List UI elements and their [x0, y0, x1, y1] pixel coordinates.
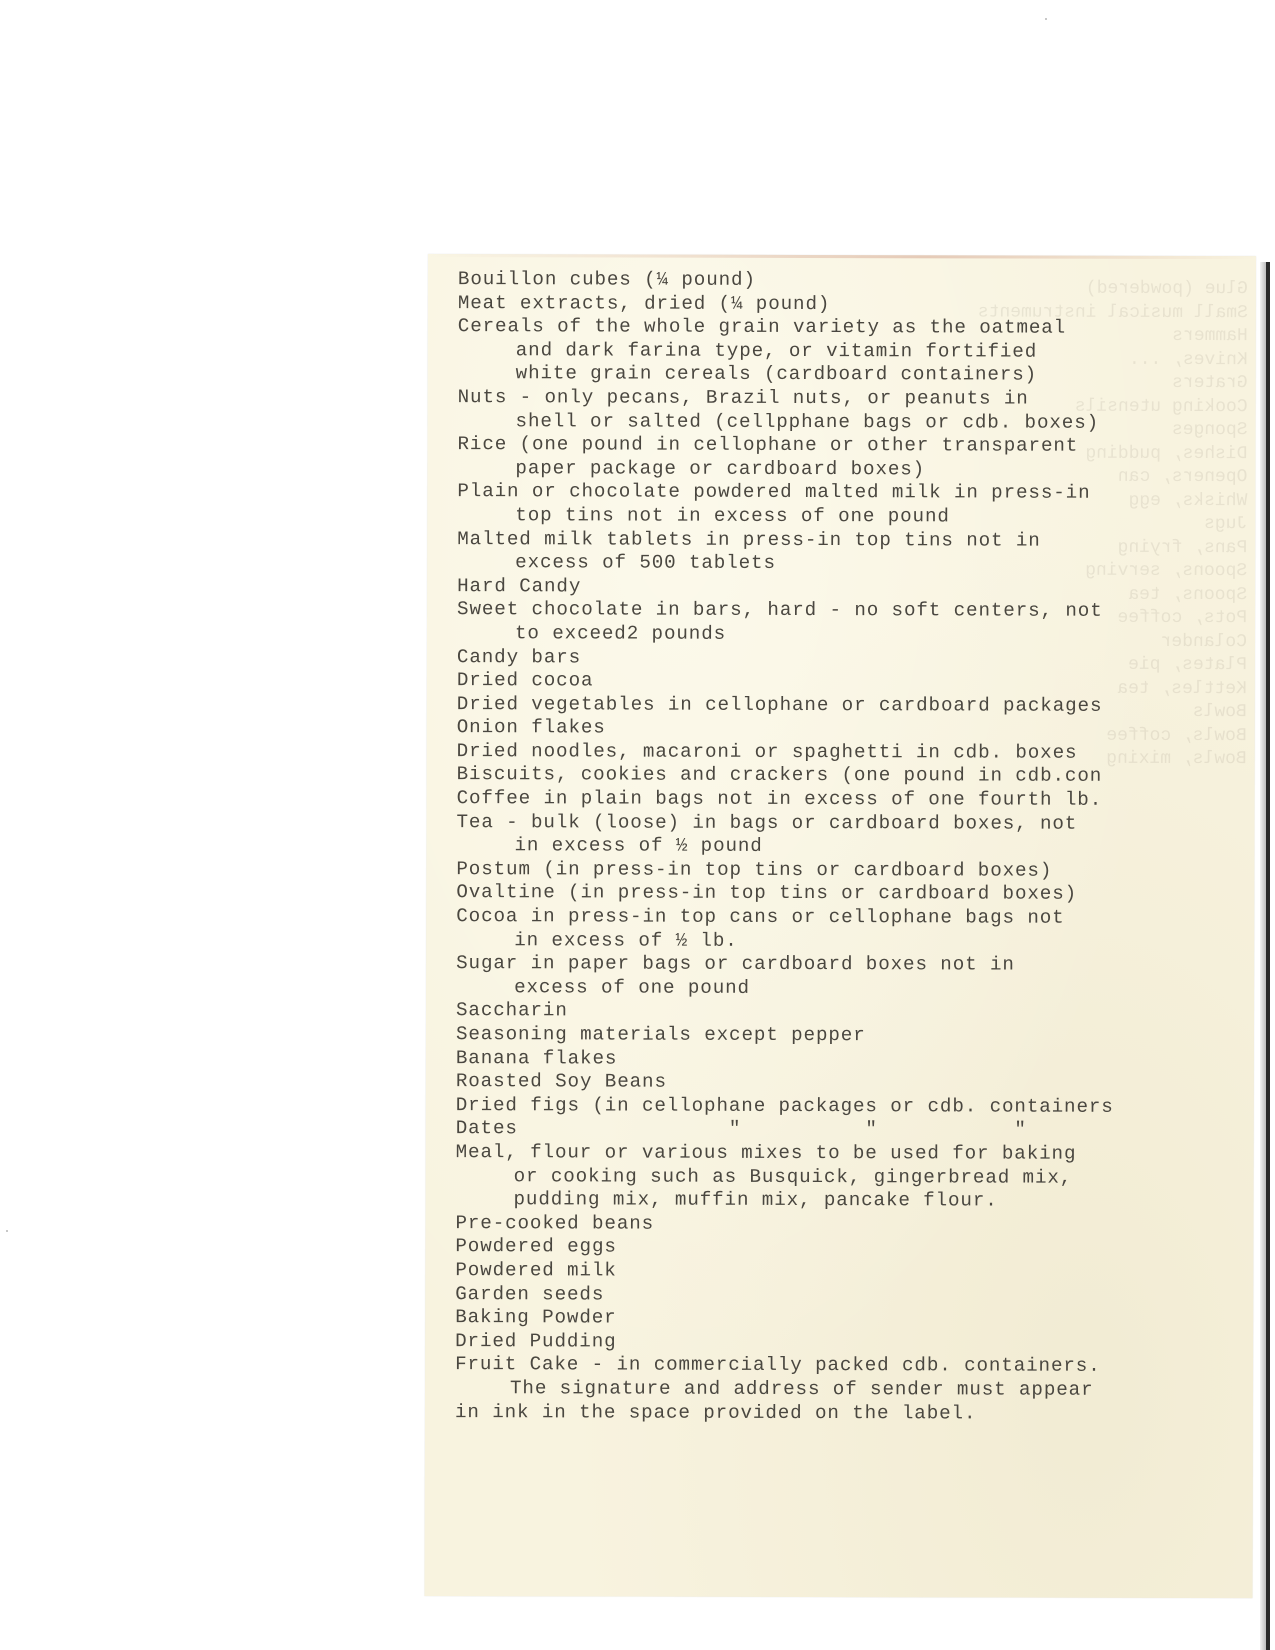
list-item-continuation: top tins not in excess of one pound: [457, 504, 1257, 530]
list-item: Bouillon cubes (¼ pound): [458, 268, 1258, 294]
list-item-continuation: white grain cereals (cardboard container…: [458, 362, 1258, 388]
list-item: Cereals of the whole grain variety as th…: [458, 315, 1258, 341]
list-item: Roasted Soy Beans: [456, 1070, 1256, 1096]
list-item: Banana flakes: [456, 1047, 1256, 1073]
typewritten-page: Glue (powdered)Small musical instruments…: [424, 254, 1256, 1598]
list-item: Seasoning materials except pepper: [456, 1023, 1256, 1049]
list-item: Ovaltine (in press-in top tins or cardbo…: [456, 882, 1256, 908]
closing-note-line: The signature and address of sender must…: [455, 1377, 1255, 1403]
list-item-continuation: shell or salted (cellpphane bags or cdb.…: [458, 410, 1258, 436]
scan-edge-line: [1266, 262, 1270, 1650]
list-item: Dried vegetables in cellophane or cardbo…: [457, 693, 1257, 719]
list-item: Powdered eggs: [455, 1235, 1255, 1261]
list-item: Sugar in paper bags or cardboard boxes n…: [456, 952, 1256, 978]
list-item: Onion flakes: [457, 716, 1257, 742]
list-item: Nuts - only pecans, Brazil nuts, or pean…: [458, 386, 1258, 412]
list-item: in ink in the space provided on the labe…: [455, 1401, 1255, 1427]
dust-speck: [6, 1230, 8, 1232]
list-item: Biscuits, cookies and crackers (one poun…: [457, 764, 1257, 790]
list-item: Fruit Cake - in commercially packed cdb.…: [455, 1353, 1255, 1379]
list-item-continuation: to exceed2 pounds: [457, 622, 1257, 648]
list-item: Tea - bulk (loose) in bags or cardboard …: [456, 811, 1256, 837]
dust-speck: [1045, 18, 1047, 20]
list-item-continuation: in excess of ½ pound: [456, 834, 1256, 860]
list-item: Dried cocoa: [457, 669, 1257, 695]
list-item: Baking Powder: [455, 1306, 1255, 1332]
list-item: Saccharin: [456, 999, 1256, 1025]
typewritten-list: Bouillon cubes (¼ pound)Meat extracts, d…: [455, 268, 1258, 1426]
list-item: Dried noodles, macaroni or spaghetti in …: [457, 740, 1257, 766]
list-item: Postum (in press-in top tins or cardboar…: [456, 858, 1256, 884]
list-item: Pre-cooked beans: [455, 1212, 1255, 1238]
list-item: Cocoa in press-in top cans or cellophane…: [456, 905, 1256, 931]
list-item-continuation: and dark farina type, or vitamin fortifi…: [458, 339, 1258, 365]
list-item: Dates " " ": [456, 1117, 1256, 1143]
list-item: Sweet chocolate in bars, hard - no soft …: [457, 598, 1257, 624]
list-item: Plain or chocolate powdered malted milk …: [457, 480, 1257, 506]
list-item: Dried figs (in cellophane packages or cd…: [456, 1094, 1256, 1120]
list-item: Meat extracts, dried (¼ pound): [458, 292, 1258, 318]
list-item-continuation: paper package or cardboard boxes): [457, 457, 1257, 483]
list-item-continuation: in excess of ½ lb.: [456, 929, 1256, 955]
list-item: Powdered milk: [455, 1259, 1255, 1285]
list-item: Rice (one pound in cellophane or other t…: [457, 433, 1257, 459]
list-item-continuation: or cooking such as Busquick, gingerbread…: [456, 1165, 1256, 1191]
list-item: Garden seeds: [455, 1283, 1255, 1309]
list-item-continuation: excess of 500 tablets: [457, 551, 1257, 577]
list-item: Dried Pudding: [455, 1330, 1255, 1356]
list-item: Coffee in plain bags not in excess of on…: [457, 787, 1257, 813]
list-item: Hard Candy: [457, 575, 1257, 601]
list-item: Meal, flour or various mixes to be used …: [456, 1141, 1256, 1167]
list-item-continuation: pudding mix, muffin mix, pancake flour.: [455, 1188, 1255, 1214]
list-item-continuation: excess of one pound: [456, 976, 1256, 1002]
list-item: Candy bars: [457, 646, 1257, 672]
list-item: Malted milk tablets in press-in top tins…: [457, 528, 1257, 554]
